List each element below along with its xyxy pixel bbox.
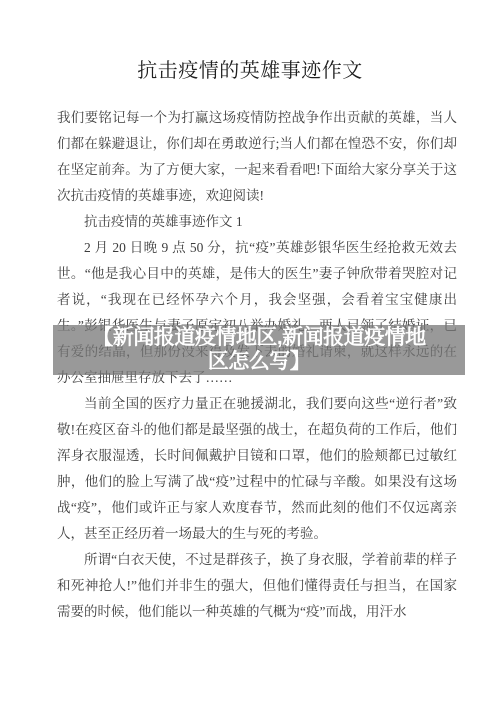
keyword-overlay-banner[interactable]: 【新闻报道疫情地区,新闻报道疫情地 区怎么写】 (53, 325, 465, 375)
page-title: 抗击疫情的英雄事迹作文 (0, 57, 500, 85)
section-subtitle: 抗击疫情的英雄事迹作文 1 (57, 209, 457, 235)
overlay-banner-line-1: 【新闻报道疫情地区,新闻报道疫情地 (92, 326, 425, 350)
body-paragraph: 当前全国的医疗力量正在驰援湖北，我们要向这些“逆行者”致敬!在疫区奋斗的他们都是… (57, 391, 457, 547)
document-page: 抗击疫情的英雄事迹作文 我们要铭记每一个为打赢这场疫情防控战争作出贡献的英雄，当… (0, 0, 500, 706)
body-paragraph: 所谓“白衣天使，不过是群孩子，换了身衣服，学着前辈的样子和死神抢人!”他们并非生… (57, 547, 457, 625)
overlay-banner-line-2: 区怎么写】 (208, 350, 311, 374)
lead-paragraph: 我们要铭记每一个为打赢这场疫情防控战争作出贡献的英雄，当人们都在躲避退让，你们却… (57, 105, 457, 209)
